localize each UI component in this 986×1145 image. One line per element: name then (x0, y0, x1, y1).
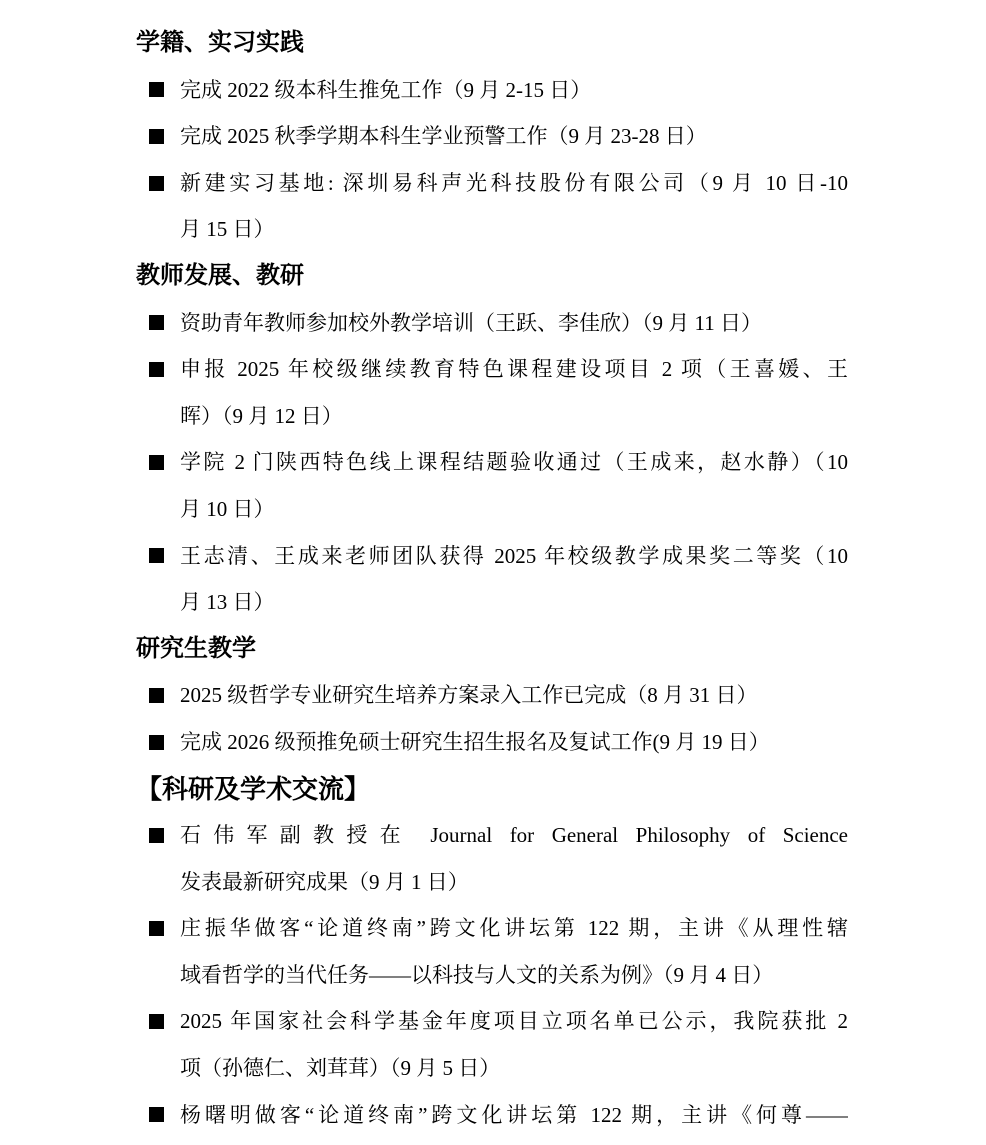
item-text: 杨曙明做客“论道终南”跨文化讲坛第 122 期，主讲《何尊—— (180, 1103, 848, 1127)
item-text: 发表最新研究成果（9 月 1 日） (180, 870, 469, 894)
item-text: 月 15 日） (180, 217, 275, 241)
bullet-square-icon (149, 82, 164, 97)
list-item: 资助青年教师参加校外教学培训（王跃、李佳欣）（9 月 11 日） (136, 300, 848, 347)
item-text: 石伟军副教授在 Journal for General Philosophy o… (180, 823, 848, 847)
list-item: 新建实习基地: 深圳易科声光科技股份有限公司（9 月 10 日-10 (136, 160, 848, 207)
list-item-continuation: 发表最新研究成果（9 月 1 日） (136, 859, 848, 906)
item-text: 资助青年教师参加校外教学培训（王跃、李佳欣）（9 月 11 日） (180, 311, 762, 335)
list-item: 石伟军副教授在 Journal for General Philosophy o… (136, 812, 848, 859)
bullet-square-icon (149, 455, 164, 470)
section-heading: 【科研及学术交流】 (136, 766, 848, 813)
section-heading: 研究生教学 (136, 626, 848, 673)
bullet-square-icon (149, 735, 164, 750)
item-text: 项（孙德仁、刘茸茸）（9 月 5 日） (180, 1056, 500, 1080)
bullet-square-icon (149, 315, 164, 330)
item-text: 晖）（9 月 12 日） (180, 404, 343, 428)
list-item-continuation: 项（孙德仁、刘茸茸）（9 月 5 日） (136, 1045, 848, 1092)
list-item: 完成 2026 级预推免硕士研究生招生报名及复试工作(9 月 19 日） (136, 719, 848, 766)
list-item: 学院 2 门陕西特色线上课程结题验收通过（王成来，赵水静）（10 (136, 439, 848, 486)
item-text: 王志清、王成来老师团队获得 2025 年校级教学成果奖二等奖（10 (180, 544, 848, 568)
bullet-square-icon (149, 1107, 164, 1122)
item-text: 完成 2025 秋季学期本科生学业预警工作（9 月 23-28 日） (180, 124, 707, 148)
list-item-continuation: 域看哲学的当代任务——以科技与人文的关系为例》（9 月 4 日） (136, 952, 848, 999)
list-item-continuation: 月 10 日） (136, 486, 848, 533)
list-item: 杨曙明做客“论道终南”跨文化讲坛第 122 期，主讲《何尊—— (136, 1092, 848, 1139)
list-item: 完成 2022 级本科生推免工作（9 月 2-15 日） (136, 67, 848, 114)
item-text: 域看哲学的当代任务——以科技与人文的关系为例》（9 月 4 日） (180, 963, 773, 987)
item-text: 2025 级哲学专业研究生培养方案录入工作已完成（8 月 31 日） (180, 683, 758, 707)
list-item: 2025 级哲学专业研究生培养方案录入工作已完成（8 月 31 日） (136, 672, 848, 719)
item-text: 庄振华做客“论道终南”跨文化讲坛第 122 期，主讲《从理性辖 (180, 916, 848, 940)
list-item: 2025 年国家社会科学基金年度项目立项名单已公示，我院获批 2 (136, 998, 848, 1045)
bullet-square-icon (149, 548, 164, 563)
bullet-square-icon (149, 828, 164, 843)
bullet-square-icon (149, 362, 164, 377)
item-text: 完成 2026 级预推免硕士研究生招生报名及复试工作(9 月 19 日） (180, 730, 770, 754)
item-text: 月 13 日） (180, 590, 275, 614)
list-item-continuation: 晖）（9 月 12 日） (136, 393, 848, 440)
list-item: 庄振华做客“论道终南”跨文化讲坛第 122 期，主讲《从理性辖 (136, 905, 848, 952)
section-heading: 学籍、实习实践 (136, 20, 848, 67)
bullet-square-icon (149, 176, 164, 191)
list-item: 申报 2025 年校级继续教育特色课程建设项目 2 项（王喜媛、王 (136, 346, 848, 393)
item-text: 新建实习基地: 深圳易科声光科技股份有限公司（9 月 10 日-10 (180, 171, 848, 195)
bullet-square-icon (149, 129, 164, 144)
list-item-continuation: 月 15 日） (136, 206, 848, 253)
bullet-square-icon (149, 688, 164, 703)
list-item-continuation: 月 13 日） (136, 579, 848, 626)
list-item: 完成 2025 秋季学期本科生学业预警工作（9 月 23-28 日） (136, 113, 848, 160)
section-heading: 教师发展、教研 (136, 253, 848, 300)
bullet-square-icon (149, 921, 164, 936)
list-item: 王志清、王成来老师团队获得 2025 年校级教学成果奖二等奖（10 (136, 533, 848, 580)
item-text: 完成 2022 级本科生推免工作（9 月 2-15 日） (180, 78, 591, 102)
item-text: 申报 2025 年校级继续教育特色课程建设项目 2 项（王喜媛、王 (180, 357, 848, 381)
item-text: 月 10 日） (180, 497, 275, 521)
item-text: 2025 年国家社会科学基金年度项目立项名单已公示，我院获批 2 (180, 1009, 848, 1033)
document-body: 学籍、实习实践 完成 2022 级本科生推免工作（9 月 2-15 日） 完成 … (136, 20, 848, 1138)
bullet-square-icon (149, 1014, 164, 1029)
item-text: 学院 2 门陕西特色线上课程结题验收通过（王成来，赵水静）（10 (180, 450, 848, 474)
